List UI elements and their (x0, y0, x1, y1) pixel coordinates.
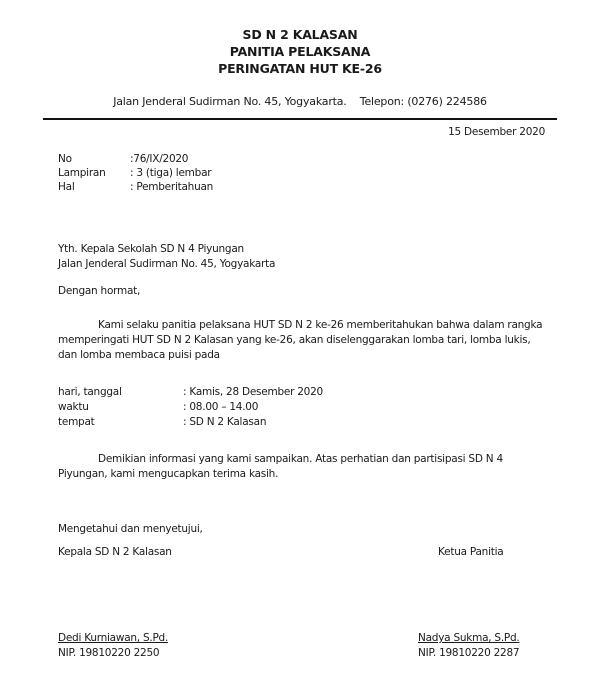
letter-date: 15 Desember 2020 (448, 126, 545, 138)
detail-label-time: waktu (58, 401, 89, 413)
recipient-name: Yth. Kepala Sekolah SD N 4 Piyungan (58, 243, 244, 255)
letterhead-address: Jalan Jenderal Sudirman No. 45, Yogyakar… (0, 95, 600, 108)
meta-label-hal: Hal (58, 181, 75, 193)
recipient-address: Jalan Jenderal Sudirman No. 45, Yogyakar… (58, 258, 275, 270)
detail-value-date: : Kamis, 28 Desember 2020 (183, 386, 323, 398)
right-signatory-title: Ketua Panitia (438, 546, 503, 558)
meta-label-no: No (58, 153, 72, 165)
detail-label-date: hari, tanggal (58, 386, 122, 398)
meta-value-no: :76/IX/2020 (130, 153, 188, 165)
approval-text: Mengetahui dan menyetujui, (58, 523, 203, 535)
detail-label-place: tempat (58, 416, 95, 428)
body-paragraph: Kami selaku panitia pelaksana HUT SD N 2… (58, 318, 548, 363)
closing-paragraph: Demikian informasi yang kami sampaikan. … (58, 452, 548, 482)
event-name: PERINGATAN HUT KE-26 (0, 61, 600, 76)
meta-value-hal: : Pemberitahuan (130, 181, 213, 193)
detail-value-time: : 08.00 – 14.00 (183, 401, 258, 413)
left-signatory-nip: NIP. 19810220 2250 (58, 647, 159, 659)
detail-value-place: : SD N 2 Kalasan (183, 416, 266, 428)
committee-name: PANITIA PELAKSANA (0, 44, 600, 59)
right-signatory-name: Nadya Sukma, S.Pd. (418, 632, 520, 644)
meta-value-lampiran: : 3 (tiga) lembar (130, 167, 211, 179)
letterhead-divider (43, 118, 557, 120)
school-name: SD N 2 KALASAN (0, 27, 600, 42)
greeting: Dengan hormat, (58, 285, 140, 297)
meta-label-lampiran: Lampiran (58, 167, 106, 179)
left-signatory-title: Kepala SD N 2 Kalasan (58, 546, 172, 558)
left-signatory-name: Dedi Kurniawan, S.Pd. (58, 632, 168, 644)
right-signatory-nip: NIP. 19810220 2287 (418, 647, 519, 659)
